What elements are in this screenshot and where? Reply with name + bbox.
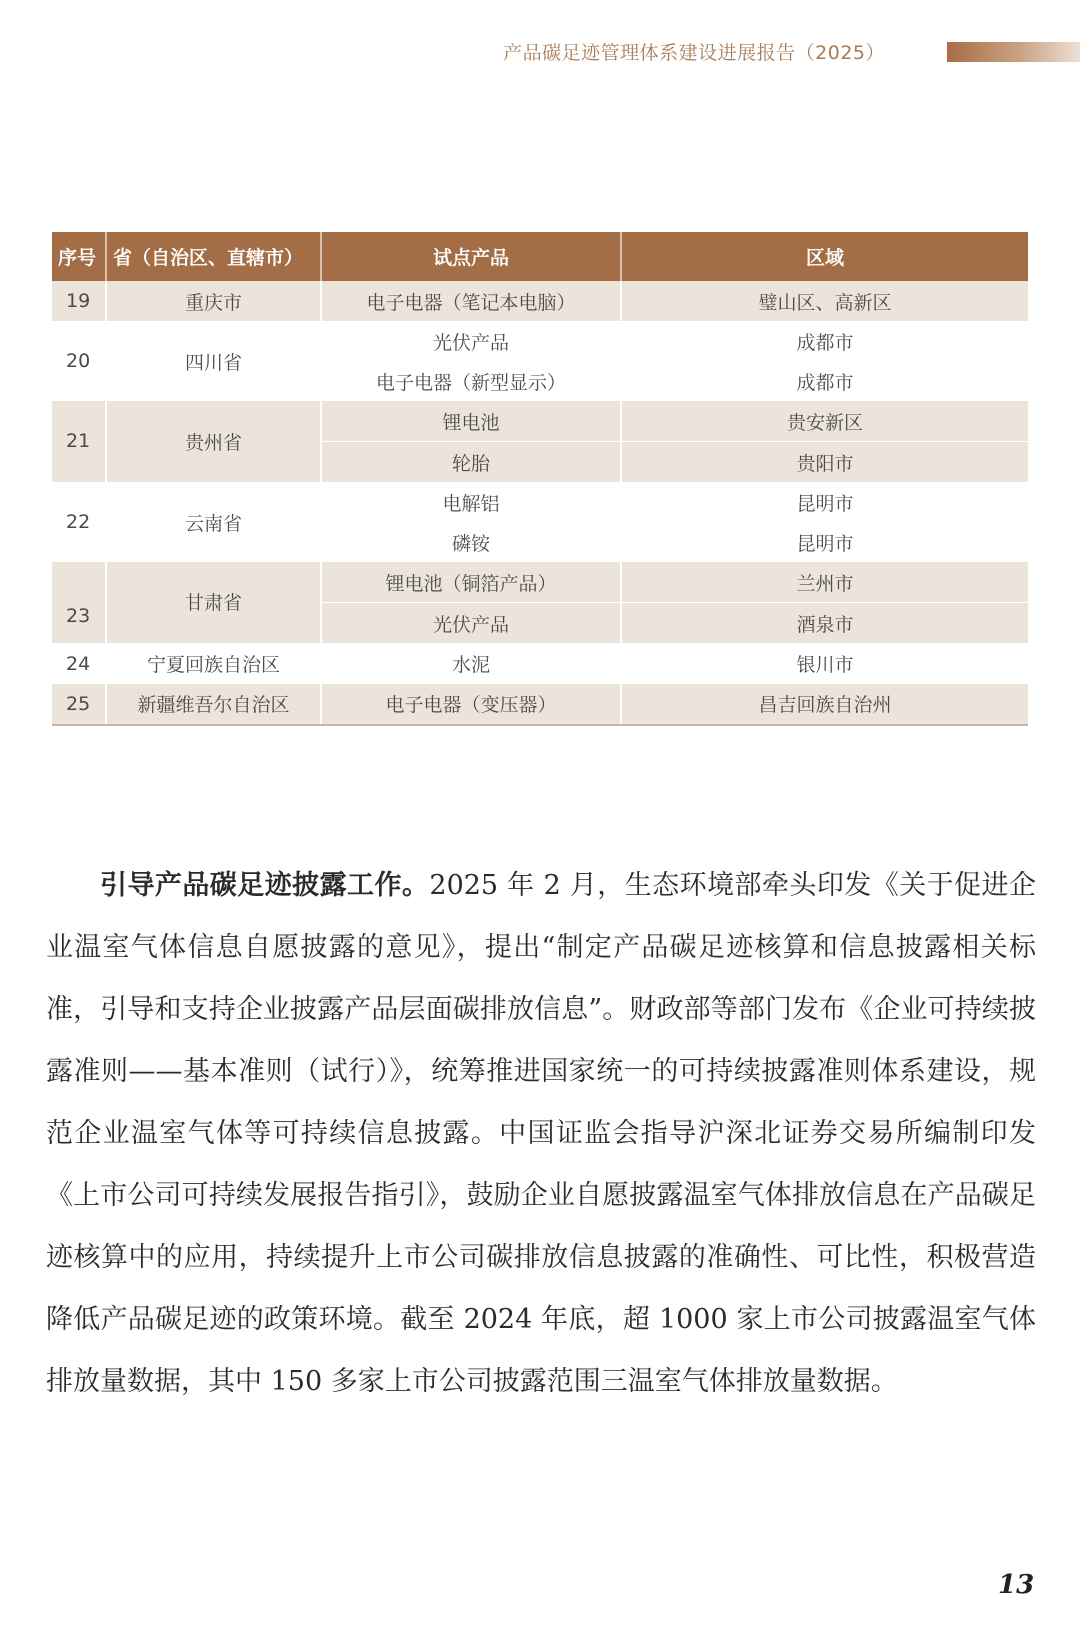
row-province: 重庆市	[106, 281, 321, 321]
row-province: 贵州省	[106, 401, 321, 482]
paragraph-lead: 引导产品碳足迹披露工作。	[100, 870, 429, 901]
row-region: 贵安新区	[621, 401, 1028, 442]
row-region: 银川市	[621, 643, 1028, 684]
row-product: 电子电器（新型显示）	[321, 361, 621, 401]
row-no: 21	[52, 401, 106, 482]
col-header-product: 试点产品	[321, 232, 621, 281]
row-no: 22	[52, 482, 106, 562]
row-region: 酒泉市	[621, 603, 1028, 644]
row-province: 新疆维吾尔自治区	[106, 684, 321, 724]
row-region: 昆明市	[621, 522, 1028, 562]
row-region: 兰州市	[621, 562, 1028, 603]
table-header-row: 序号 省（自治区、直辖市） 试点产品 区域	[52, 232, 1028, 281]
row-region: 昆明市	[621, 482, 1028, 522]
row-product: 水泥	[321, 643, 621, 684]
row-product: 电解铝	[321, 482, 621, 522]
table-row: 25 新疆维吾尔自治区 电子电器（变压器） 昌吉回族自治州	[52, 684, 1028, 724]
table-bottom-rule	[52, 724, 1028, 726]
row-product: 电子电器（变压器）	[321, 684, 621, 724]
body-paragraph-section: 引导产品碳足迹披露工作。2025 年 2 月，生态环境部牵头印发《关于促进企业温…	[46, 855, 1036, 1413]
row-no: 20	[52, 321, 106, 401]
row-no: 19	[52, 281, 106, 321]
report-title: 产品碳足迹管理体系建设进展报告（2025）	[503, 38, 885, 65]
paragraph-text: 2025 年 2 月，生态环境部牵头印发《关于促进企业温室气体信息自愿披露的意见…	[46, 870, 1036, 1397]
row-province: 云南省	[106, 482, 321, 562]
row-region: 成都市	[621, 361, 1028, 401]
row-province: 甘肃省	[106, 562, 321, 643]
row-product: 锂电池	[321, 401, 621, 442]
row-product: 轮胎	[321, 442, 621, 483]
col-header-region: 区域	[621, 232, 1028, 281]
row-region: 成都市	[621, 321, 1028, 361]
table-row: 22 云南省 电解铝 昆明市	[52, 482, 1028, 522]
table-row: 21 贵州省 锂电池 贵安新区	[52, 401, 1028, 442]
row-product: 光伏产品	[321, 603, 621, 644]
row-product: 锂电池（铜箔产品）	[321, 562, 621, 603]
col-header-province: 省（自治区、直辖市）	[106, 232, 321, 281]
row-region: 璧山区、高新区	[621, 281, 1028, 321]
row-product: 电子电器（笔记本电脑）	[321, 281, 621, 321]
table-row: 20 四川省 光伏产品 成都市	[52, 321, 1028, 361]
row-product: 磷铵	[321, 522, 621, 562]
row-product: 光伏产品	[321, 321, 621, 361]
row-province: 宁夏回族自治区	[106, 643, 321, 684]
table-row: 19 重庆市 电子电器（笔记本电脑） 璧山区、高新区	[52, 281, 1028, 321]
row-province: 四川省	[106, 321, 321, 401]
row-no: 25	[52, 684, 106, 724]
table-row: 24 宁夏回族自治区 水泥 银川市	[52, 643, 1028, 684]
row-region: 贵阳市	[621, 442, 1028, 483]
row-no: 23	[52, 562, 106, 643]
col-header-no: 序号	[52, 232, 106, 281]
table-row: 23 甘肃省 锂电池（铜箔产品） 兰州市	[52, 562, 1028, 603]
pilot-products-table: 序号 省（自治区、直辖市） 试点产品 区域 19 重庆市 电子电器（笔记本电脑）…	[52, 232, 1028, 726]
running-header: 产品碳足迹管理体系建设进展报告（2025）	[0, 30, 1080, 70]
body-paragraph: 引导产品碳足迹披露工作。2025 年 2 月，生态环境部牵头印发《关于促进企业温…	[46, 855, 1036, 1413]
header-accent-bar	[947, 42, 1080, 62]
page-number: 13	[998, 1570, 1034, 1600]
row-no: 24	[52, 643, 106, 684]
row-region: 昌吉回族自治州	[621, 684, 1028, 724]
